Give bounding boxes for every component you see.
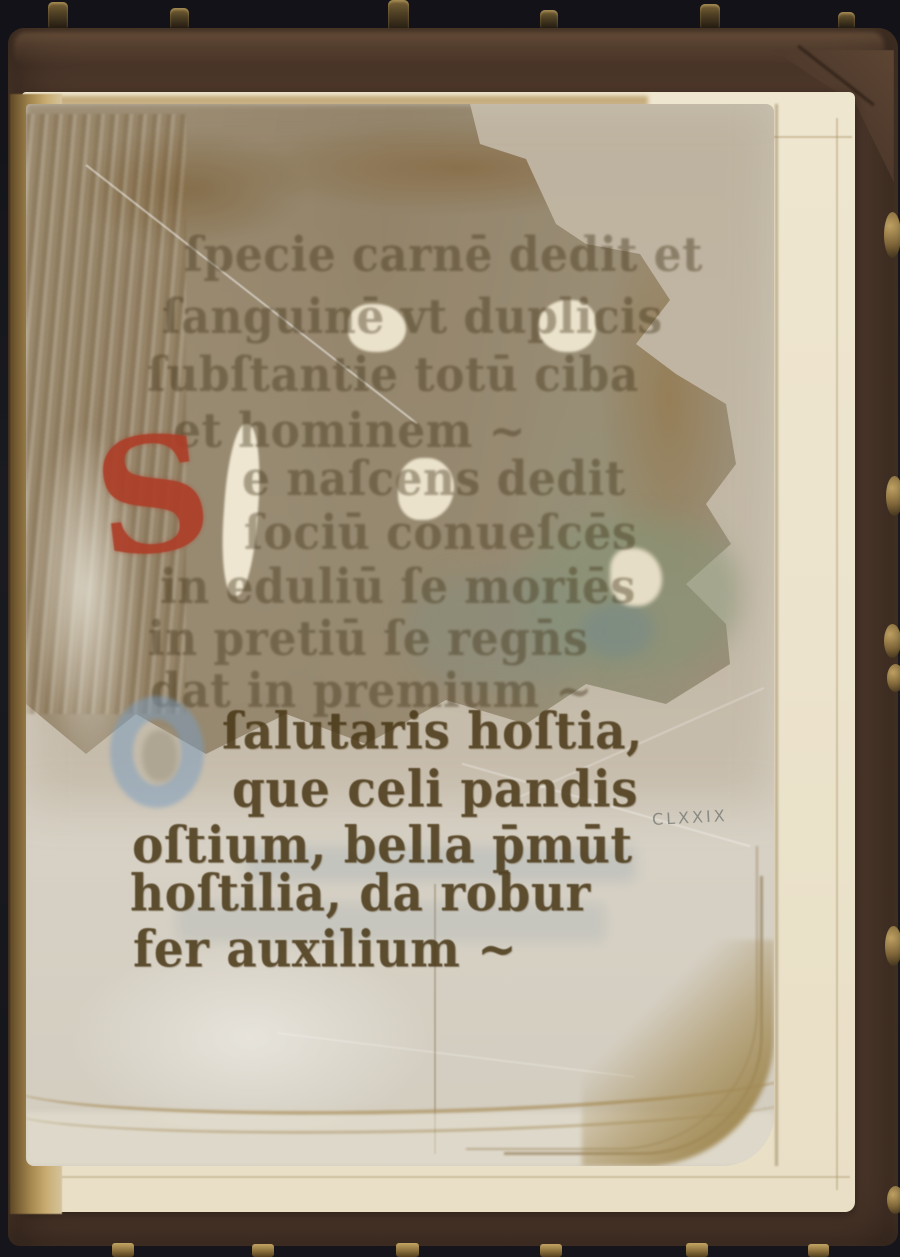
brass-boss-icon (170, 8, 189, 28)
brass-boss-icon (388, 0, 409, 30)
manuscript-leaf: ſpecie carnē dedit et ſanguinē vt duplic… (26, 104, 774, 1166)
brass-boss-icon (686, 1243, 708, 1257)
brass-boss-icon (252, 1244, 274, 1257)
clasp-glint-icon (884, 212, 900, 258)
clasp-glint-icon (884, 624, 900, 658)
clasp-glint-icon (887, 664, 900, 692)
text-line: ſalutaris hoſtia, (222, 702, 643, 761)
brass-boss-icon (48, 2, 68, 28)
brass-boss-icon (396, 1243, 419, 1257)
page-edge-line (836, 118, 838, 1190)
clasp-glint-icon (886, 476, 900, 516)
leaf-right-edge-line (775, 104, 778, 1166)
page-edge-line (30, 1176, 850, 1178)
blue-initial-damage (142, 730, 178, 782)
brass-boss-icon (700, 4, 720, 28)
brass-boss-icon (540, 10, 558, 28)
faded-text-line: in pretiū ſe regn̄s (148, 612, 588, 667)
brass-boss-icon (112, 1243, 134, 1257)
brass-boss-icon (540, 1244, 562, 1257)
faded-text-line: ſanguinē vt duplicis (162, 290, 663, 345)
text-line: que celi pandis (232, 760, 638, 819)
brass-boss-icon (838, 12, 855, 28)
faded-text-line: in eduliū ſe moriēs (160, 560, 636, 615)
clasp-glint-icon (885, 926, 900, 966)
clasp-glint-icon (887, 1186, 900, 1214)
faded-text-line: ſpecie carnē dedit et (184, 228, 703, 283)
red-initial-letter: S (87, 412, 220, 583)
faded-text-line: e naſcens dedit (242, 452, 626, 507)
brass-boss-icon (808, 1244, 829, 1257)
folio-number: CLXXIX (652, 806, 729, 829)
faded-text-line: et hominem ~ (173, 404, 526, 459)
text-line: fer auxilium ~ (133, 920, 517, 979)
faded-text-line: ſubſtantie totū ciba (147, 348, 639, 403)
leather-sheen (14, 32, 884, 66)
manuscript-photograph: ſpecie carnē dedit et ſanguinē vt duplic… (0, 0, 900, 1257)
faded-text-line: ſociū conueſcēs (244, 506, 637, 561)
